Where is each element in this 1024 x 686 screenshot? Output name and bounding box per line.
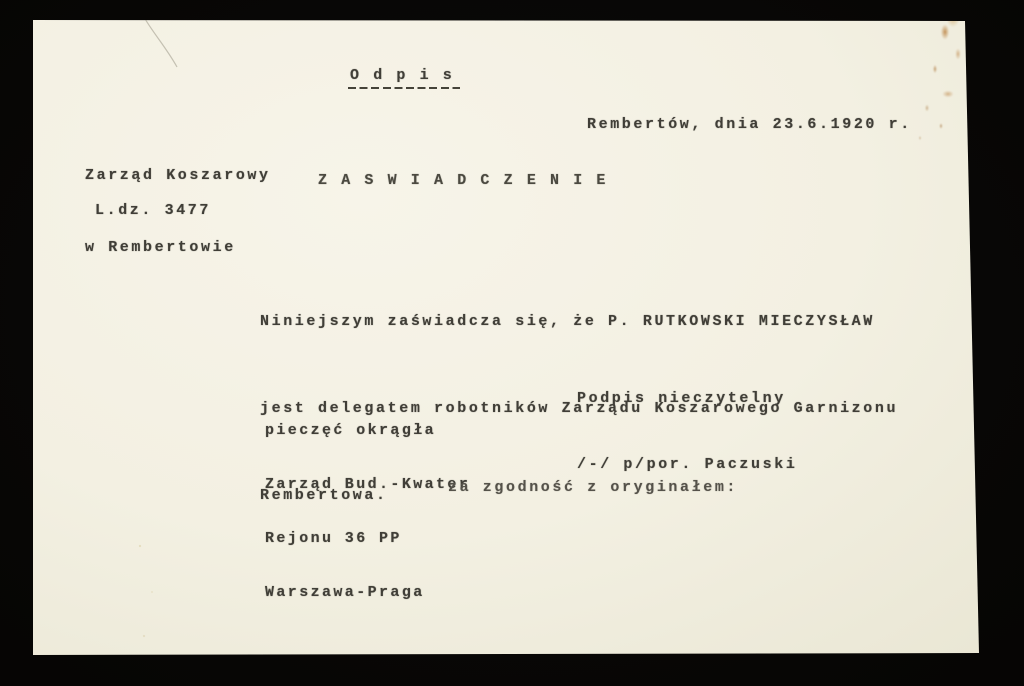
stamp-line-4: Warszawa-Praga — [265, 584, 470, 602]
signature-line-1: Podpis nieczytelny — [577, 388, 797, 410]
document-paper: O d p i s Zarząd Koszarowy w Rembertowie… — [30, 16, 986, 660]
issuer-line-2: w Rembertowie — [85, 236, 271, 260]
copy-heading: O d p i s — [350, 67, 454, 85]
photo-background: O d p i s Zarząd Koszarowy w Rembertowie… — [0, 0, 1024, 686]
certification-line: za zgodność z oryginałem: — [448, 479, 738, 497]
stamp-line-1: pieczęć okrągła — [265, 422, 470, 440]
stamp-description: pieczęć okrągła Zarząd Bud.-Kwater Rejon… — [265, 386, 470, 638]
body-line-1: Niniejszym zaświadcza się, że P. RUTKOWS… — [260, 307, 898, 336]
stamp-line-2: Zarząd Bud.-Kwater — [265, 476, 470, 494]
paper-speckles — [100, 526, 230, 666]
copy-heading-underline — [348, 87, 460, 89]
signature-line-2: /-/ p/por. Paczuski — [577, 454, 797, 476]
reference-number: L.dz. 3477 — [95, 202, 211, 220]
scratch-artifact — [130, 2, 210, 92]
document-title: Z A S W I A D C Z E N I E — [318, 172, 608, 190]
dateline: Rembertów, dnia 23.6.1920 r. — [587, 116, 912, 134]
issuer-line-1: Zarząd Koszarowy — [85, 164, 271, 188]
stamp-line-3: Rejonu 36 PP — [265, 530, 470, 548]
